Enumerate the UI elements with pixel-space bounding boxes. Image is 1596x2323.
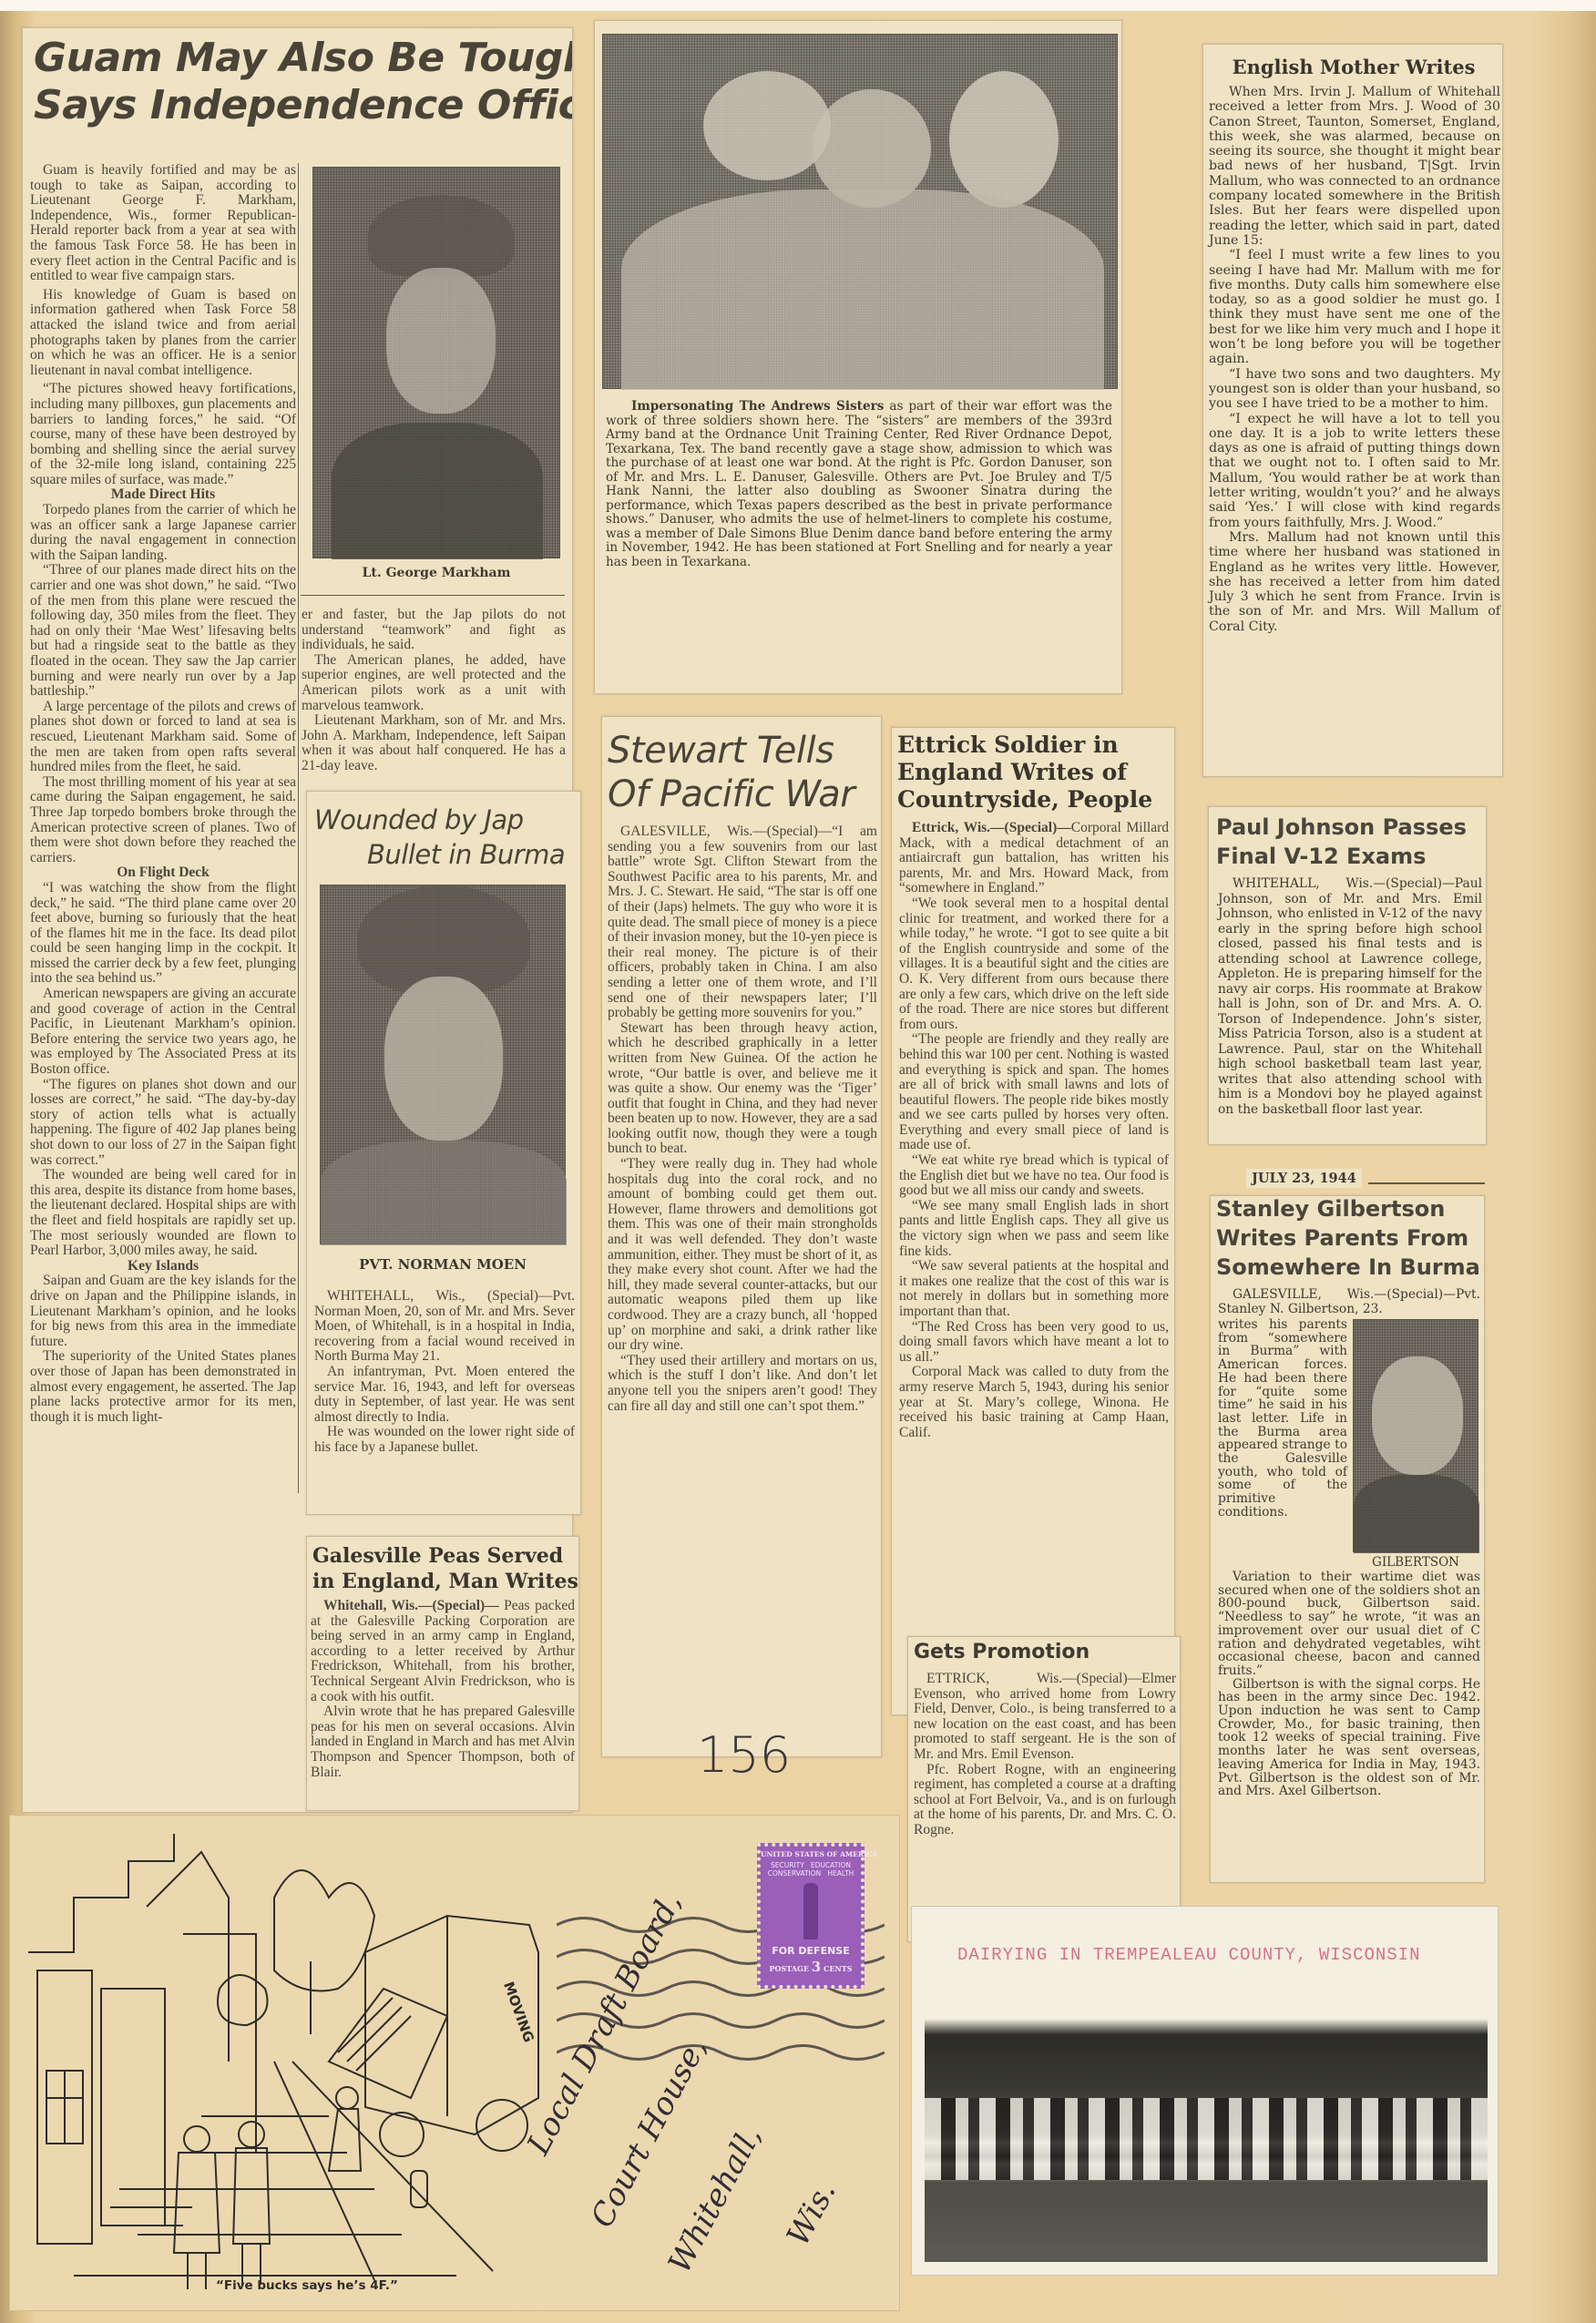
- paragraph: “I have two sons and two daughters. My y…: [1209, 367, 1500, 412]
- stewart-headline-2: Of Pacific War: [608, 773, 854, 815]
- photo-gilbertson: [1353, 1319, 1478, 1552]
- article-gilbertson: Stanley Gilbertson Writes Parents From S…: [1210, 1195, 1485, 1883]
- paragraph: “I was watching the show from the flight…: [30, 881, 296, 987]
- article-wounded-by-jap: Wounded by Jap Bullet in Burma PVT. NORM…: [306, 791, 581, 1515]
- paragraph: “We saw several patients at the hospital…: [899, 1259, 1169, 1319]
- dairy-photo-title: DAIRYING IN TREMPEALEAU COUNTY, WISCONSI…: [957, 1945, 1420, 1965]
- stamp-postage: POSTAGE: [770, 1964, 809, 1973]
- paragraph: “The figures on planes shot down and our…: [30, 1078, 296, 1169]
- subhead-key-islands: Key Islands: [30, 1259, 296, 1274]
- caption-rule: [301, 595, 565, 596]
- stamp-bottom-row: POSTAGE 3 CENTS: [761, 1959, 861, 1975]
- paul-johnson-headline-2: Final V-12 Exams: [1216, 844, 1426, 869]
- paragraph: The most thrilling moment of his year at…: [30, 775, 296, 866]
- caption-gilbertson: GILBERTSON: [1353, 1555, 1478, 1570]
- peas-headline-2: in England, Man Writes: [312, 1570, 578, 1593]
- paragraph: A large percentage of the pilots and cre…: [30, 700, 296, 775]
- paragraph: Whitehall, Wis.—(Special)— Peas packed a…: [311, 1599, 575, 1704]
- paragraph: WHITEHALL, Wis., (Special)—Pvt. Norman M…: [314, 1289, 575, 1365]
- photo-andrews-sisters-impersonators: [602, 34, 1118, 389]
- ettrick-body: Ettrick, Wis.—(Special)—Corporal Millard…: [899, 821, 1169, 1440]
- paragraph: Corporal Mack was called to duty from th…: [899, 1365, 1169, 1440]
- caption-pvt-norman-moen: PVT. NORMAN MOEN: [320, 1256, 566, 1273]
- promotion-headline: Gets Promotion: [914, 1641, 1090, 1663]
- article-gets-promotion: Gets Promotion ETTRICK, Wis.—(Special)—E…: [907, 1636, 1181, 1942]
- paragraph: “I expect he will have a lot to tell you…: [1209, 412, 1500, 530]
- paragraph: “The pictures showed heavy fortification…: [30, 382, 296, 487]
- paragraph: Stewart has been through heavy action, w…: [608, 1021, 877, 1157]
- gilbertson-headline-1: Stanley Gilbertson: [1216, 1196, 1445, 1222]
- paragraph: Alvin wrote that he has prepared Galesvi…: [311, 1704, 575, 1780]
- stewart-body: GALESVILLE, Wis.—(Special)—“I am sending…: [608, 824, 877, 1414]
- wounded-headline-1: Wounded by Jap: [314, 804, 524, 835]
- stamp-line-2: CONSERVATION HEALTH: [761, 1869, 861, 1878]
- article-ettrick-soldier: Ettrick Soldier in England Writes of Cou…: [891, 727, 1175, 1715]
- paragraph: “The people are friendly and they really…: [899, 1032, 1169, 1153]
- article-paul-johnson: Paul Johnson Passes Final V-12 Exams WHI…: [1208, 806, 1487, 1145]
- english-mother-headline: English Mother Writes: [1203, 56, 1503, 78]
- address-line-3: Whitehall,: [661, 2120, 769, 2278]
- dairy-photograph: DAIRYING IN TREMPEALEAU COUNTY, WISCONSI…: [911, 1906, 1499, 2276]
- caption-lt-george-markham: Lt. George Markham: [312, 566, 560, 580]
- paragraph: “We see many small English lads in short…: [899, 1199, 1169, 1259]
- paragraph: Pfc. Robert Rogne, with an engineering r…: [914, 1763, 1176, 1838]
- paragraph: “Three of our planes made direct hits on…: [30, 563, 296, 699]
- paragraph: “They were really dug in. They had whole…: [608, 1157, 877, 1354]
- paragraph: Saipan and Guam are the key islands for …: [30, 1274, 296, 1349]
- gilbertson-headline-2: Writes Parents From: [1216, 1225, 1468, 1251]
- ettrick-headline-2: England Writes of: [897, 759, 1127, 785]
- paragraph: “We took several men to a hospital denta…: [899, 896, 1169, 1032]
- peas-body: Whitehall, Wis.—(Special)— Peas packed a…: [311, 1599, 575, 1780]
- page-top-edge: [0, 0, 1596, 11]
- gilbertson-lead: GALESVILLE, Wis.—(Special)—Pvt. Stanley …: [1218, 1287, 1480, 1316]
- subhead-made-direct-hits: Made Direct Hits: [30, 487, 296, 503]
- paul-johnson-body: WHITEHALL, Wis.—(Special)—Paul Johnson, …: [1218, 876, 1482, 1117]
- paragraph: er and faster, but the Jap pilots do not…: [302, 608, 566, 653]
- promotion-body: ETTRICK, Wis.—(Special)—Elmer Evenson, w…: [914, 1672, 1176, 1838]
- gilbertson-wrap-text: writes his parents from “somewhere in Bu…: [1218, 1318, 1347, 1520]
- dateline: Whitehall, Wis.—(Special)—: [323, 1598, 499, 1613]
- guam-column-1: Guam is heavily fortified and may be as …: [30, 163, 296, 1425]
- article-andrews-sisters: Impersonating The Andrews Sisters as par…: [594, 20, 1122, 694]
- dairy-cows-image: [925, 1998, 1488, 2262]
- paragraph: Variation to their wartime diet was secu…: [1218, 1571, 1480, 1678]
- paragraph: Mrs. Mallum had not known until this tim…: [1209, 530, 1500, 634]
- ettrick-headline-3: Countryside, People: [897, 786, 1152, 813]
- caption-body: as part of their war effort was the work…: [606, 399, 1112, 569]
- gilbertson-date: JULY 23, 1944: [1246, 1169, 1362, 1188]
- date-rule: [1368, 1182, 1485, 1184]
- postage-stamp-3-cents: UNITED STATES OF AMERICA SECURITY EDUCAT…: [757, 1843, 864, 1989]
- paragraph: When Mrs. Irvin J. Mallum of Whitehall r…: [1209, 85, 1500, 248]
- dateline: Ettrick, Wis.—(Special)—: [912, 820, 1071, 835]
- photo-lt-george-markham: [312, 167, 560, 558]
- english-mother-body: When Mrs. Irvin J. Mallum of Whitehall r…: [1209, 85, 1500, 634]
- paragraph: His knowledge of Guam is based on inform…: [30, 288, 296, 379]
- stamp-for-defense: FOR DEFENSE: [761, 1945, 861, 1957]
- cow-herd: [925, 2098, 1488, 2180]
- article-stewart-tells: Stewart Tells Of Pacific War GALESVILLE,…: [601, 716, 882, 1757]
- guam-column-2: er and faster, but the Jap pilots do not…: [302, 608, 566, 774]
- paragraph: WHITEHALL, Wis.—(Special)—Paul Johnson, …: [1218, 876, 1482, 1117]
- paragraph: “I feel I must write a few lines to you …: [1209, 248, 1500, 366]
- subhead-on-flight-deck: On Flight Deck: [30, 865, 296, 881]
- guam-headline-2: Says Independence Officer: [34, 83, 573, 128]
- paragraph: Torpedo planes from the carrier of which…: [30, 503, 296, 563]
- peas-headline-1: Galesville Peas Served: [312, 1544, 563, 1568]
- wounded-headline-2: Bullet in Burma: [367, 839, 565, 870]
- wounded-body: WHITEHALL, Wis., (Special)—Pvt. Norman M…: [314, 1289, 575, 1456]
- ettrick-headline-1: Ettrick Soldier in: [897, 732, 1119, 758]
- paragraph: ETTRICK, Wis.—(Special)—Elmer Evenson, w…: [914, 1672, 1176, 1763]
- paragraph: American newspapers are giving an accura…: [30, 987, 296, 1078]
- guam-headline-1: Guam May Also Be Tough,: [34, 36, 573, 81]
- paul-johnson-headline-1: Paul Johnson Passes: [1216, 814, 1467, 840]
- paragraph: The wounded are being well cared for in …: [30, 1168, 296, 1259]
- photo-pvt-norman-moen: [320, 885, 566, 1244]
- address-line-4: Wis.: [780, 2175, 844, 2252]
- paragraph: Lieutenant Markham, son of Mr. and Mrs. …: [302, 713, 566, 773]
- cartoon-drawing-icon: [19, 1825, 566, 2298]
- paragraph: Ettrick, Wis.—(Special)—Corporal Millard…: [899, 821, 1169, 896]
- article-galesville-peas: Galesville Peas Served in England, Man W…: [306, 1536, 579, 1811]
- scrapbook-page: Guam May Also Be Tough, Says Independenc…: [0, 0, 1596, 2323]
- paragraph: He was wounded on the lower right side o…: [314, 1425, 575, 1455]
- paragraph: The American planes, he added, have supe…: [302, 653, 566, 713]
- page-number: 156: [697, 1726, 791, 1784]
- stamp-value: 3: [812, 1959, 821, 1975]
- paragraph: “They used their artillery and mortars o…: [608, 1354, 877, 1414]
- paragraph: An infantryman, Pvt. Moen entered the se…: [314, 1365, 575, 1425]
- paragraph: Gilbertson is with the signal corps. He …: [1218, 1678, 1480, 1798]
- paragraph-text: Peas packed at the Galesville Packing Co…: [311, 1598, 575, 1704]
- caption-lead: Impersonating The Andrews Sisters: [631, 399, 884, 414]
- stamp-cents: CENTS: [824, 1964, 853, 1973]
- column-divider: [298, 163, 299, 1493]
- paragraph: “We eat white rye bread which is typical…: [899, 1153, 1169, 1199]
- stamp-top-text: UNITED STATES OF AMERICA: [761, 1847, 861, 1858]
- stewart-headline-1: Stewart Tells: [608, 730, 834, 772]
- cartoon-caption: “Five bucks says he’s 4F.”: [216, 2278, 398, 2293]
- paragraph: GALESVILLE, Wis.—(Special)—“I am sending…: [608, 824, 877, 1021]
- paragraph: “The Red Cross has been very good to us,…: [899, 1320, 1169, 1366]
- andrews-caption: Impersonating The Andrews Sisters as par…: [606, 400, 1112, 569]
- gilbertson-headline-3: Somewhere In Burma: [1216, 1254, 1480, 1280]
- gilbertson-body: Variation to their wartime diet was secu…: [1218, 1571, 1480, 1798]
- article-english-mother: English Mother Writes When Mrs. Irvin J.…: [1202, 44, 1503, 777]
- stamp-line-1: SECURITY EDUCATION: [761, 1861, 861, 1869]
- cartoon-envelope: MOVING “Five bucks says he’s 4F.” UNITED…: [9, 1815, 900, 2311]
- paragraph: Guam is heavily fortified and may be as …: [30, 163, 296, 284]
- paragraph: The superiority of the United States pla…: [30, 1349, 296, 1425]
- torch-icon: [803, 1883, 818, 1939]
